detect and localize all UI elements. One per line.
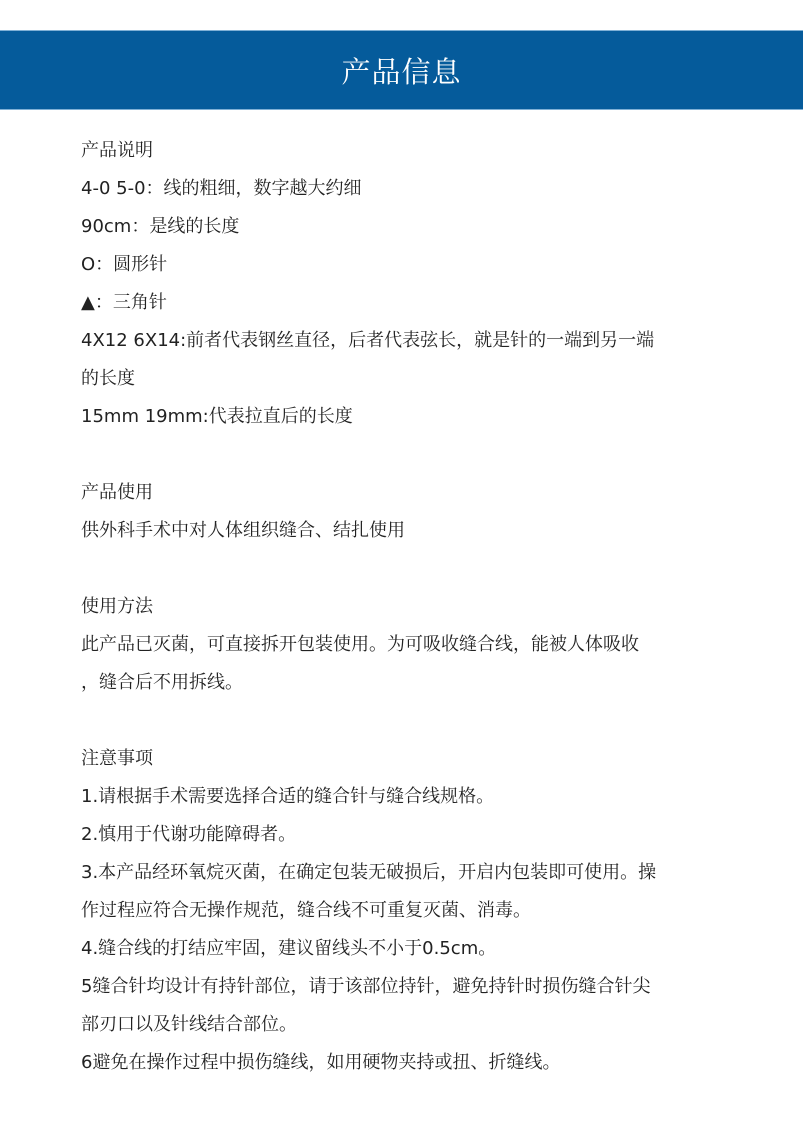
page-title: 产品信息 bbox=[341, 50, 461, 91]
text-line: 作过程应符合无操作规范，缝合线不可重复灭菌、消毒。 bbox=[81, 892, 731, 930]
text-line: 90cm：是线的长度 bbox=[81, 208, 731, 246]
text-line: 3.本产品经环氧烷灭菌，在确定包装无破损后，开启内包装即可使用。操 bbox=[81, 854, 731, 892]
text-line: 4.缝合线的打结应牢固，建议留线头不小于0.5cm。 bbox=[81, 930, 731, 968]
text-line: 15mm 19mm:代表拉直后的长度 bbox=[81, 398, 731, 436]
spacer bbox=[81, 436, 731, 474]
text-line: ，缝合后不用拆线。 bbox=[81, 664, 731, 702]
section-method: 使用方法 此产品已灭菌，可直接拆开包装使用。为可吸收缝合线，能被人体吸收 ，缝合… bbox=[81, 588, 731, 702]
section-heading: 使用方法 bbox=[81, 588, 731, 626]
header-banner: 产品信息 bbox=[0, 30, 803, 110]
text-line: 供外科手术中对人体组织缝合、结扎使用 bbox=[81, 512, 731, 550]
section-notes: 注意事项 1.请根据手术需要选择合适的缝合针与缝合线规格。 2.慎用于代谢功能障… bbox=[81, 740, 731, 1082]
section-heading: 注意事项 bbox=[81, 740, 731, 778]
text-line: 部刃口以及针线结合部位。 bbox=[81, 1006, 731, 1044]
spacer bbox=[81, 702, 731, 740]
text-line: 的长度 bbox=[81, 360, 731, 398]
text-line: 此产品已灭菌，可直接拆开包装使用。为可吸收缝合线，能被人体吸收 bbox=[81, 626, 731, 664]
text-line: ▲：三角针 bbox=[81, 284, 731, 322]
text-line: 4X12 6X14:前者代表钢丝直径，后者代表弦长，就是针的一端到另一端 bbox=[81, 322, 731, 360]
section-heading: 产品说明 bbox=[81, 132, 731, 170]
section-description: 产品说明 4-0 5-0：线的粗细，数字越大约细 90cm：是线的长度 O：圆形… bbox=[81, 132, 731, 436]
text-line: 2.慎用于代谢功能障碍者。 bbox=[81, 816, 731, 854]
text-line: O：圆形针 bbox=[81, 246, 731, 284]
section-usage: 产品使用 供外科手术中对人体组织缝合、结扎使用 bbox=[81, 474, 731, 550]
document-body: 产品说明 4-0 5-0：线的粗细，数字越大约细 90cm：是线的长度 O：圆形… bbox=[81, 132, 731, 1082]
text-line: 5缝合针均设计有持针部位，请于该部位持针，避免持针时损伤缝合针尖 bbox=[81, 968, 731, 1006]
text-line: 1.请根据手术需要选择合适的缝合针与缝合线规格。 bbox=[81, 778, 731, 816]
text-line: 6避免在操作过程中损伤缝线，如用硬物夹持或扭、折缝线。 bbox=[81, 1044, 731, 1082]
section-heading: 产品使用 bbox=[81, 474, 731, 512]
spacer bbox=[81, 550, 731, 588]
text-line: 4-0 5-0：线的粗细，数字越大约细 bbox=[81, 170, 731, 208]
